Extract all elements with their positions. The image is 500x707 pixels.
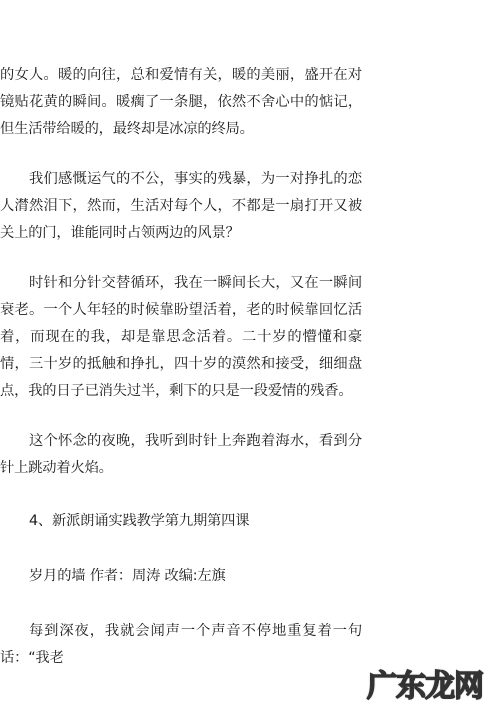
paragraph-7: 每到深夜，我就会闻声一个声音不停地重复着一句话：“我老: [0, 618, 362, 672]
watermark-logo: 广东龙网: [367, 661, 483, 705]
paragraph-3: 时针和分针交替循环，我在一瞬间长大，又在一瞬间衰老。一个人年轻的时候靠盼望活着，…: [0, 270, 362, 405]
paragraph-2: 我们感慨运气的不公，事实的残暴，为一对挣扎的恋人潸然泪下，然而，生活对每个人，不…: [0, 166, 362, 247]
paragraph-1: 的女人。暖的向往，总和爱情有关，暖的美丽，盛开在对镜贴花黄的瞬间。暖瘸了一条腿，…: [0, 62, 362, 143]
section-heading: 4、新派朗诵实践教学第九期第四课: [0, 508, 362, 535]
paragraph-4: 这个怀念的夜晚，我听到时针上奔跑着海水，看到分针上跳动着火焰。: [0, 428, 362, 482]
article-title-line: 岁月的墙 作者：周涛 改编:左旗: [0, 563, 362, 590]
